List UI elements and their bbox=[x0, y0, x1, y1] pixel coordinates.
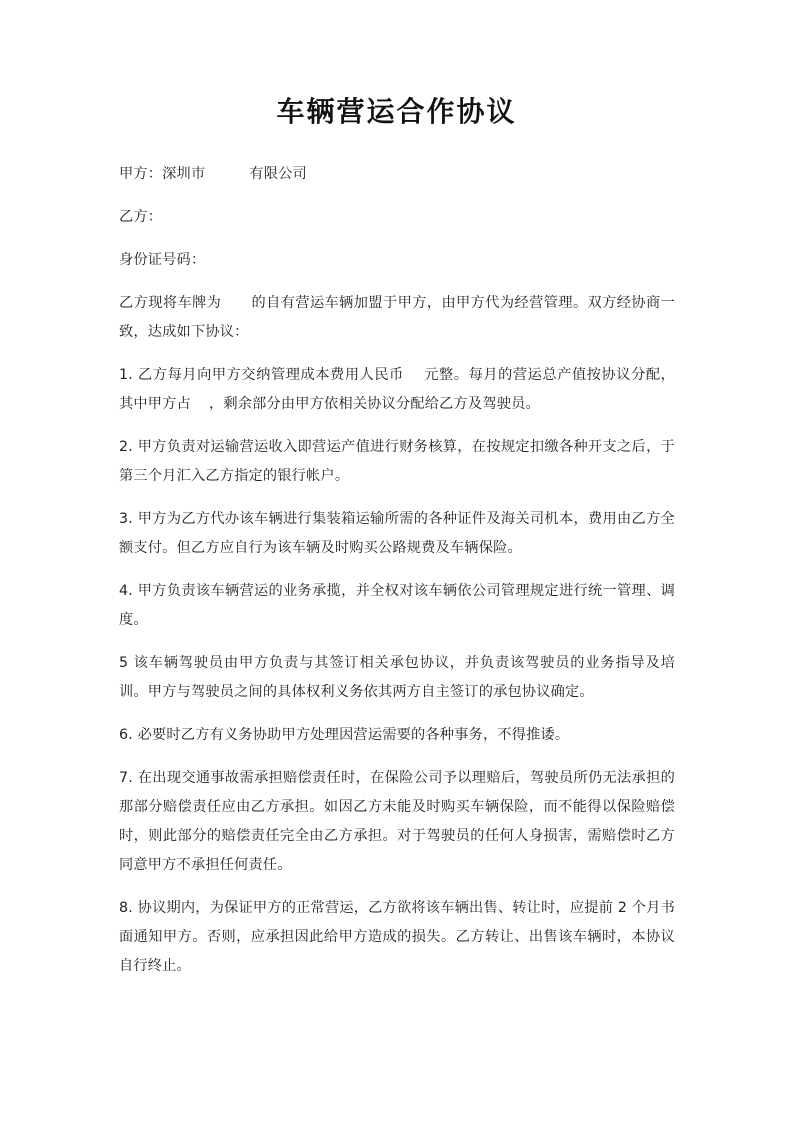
intro-paragraph: 乙方现将车牌为的自有营运车辆加盟于甲方，由甲方代为经营管理。双方经协商一致，达成… bbox=[119, 289, 675, 347]
clause-2: 2. 甲方负责对运输营运收入即营运产值进行财务核算，在按规定扣缴各种开支之后，于… bbox=[119, 433, 675, 491]
party-a-label: 甲方： bbox=[119, 166, 162, 182]
clause-1-text-1: 1. 乙方每月向甲方交纳管理成本费用人民币 bbox=[119, 367, 404, 383]
clause-3: 3. 甲方为乙方代办该车辆进行集装箱运输所需的各种证件及海关司机本，费用由乙方全… bbox=[119, 505, 675, 563]
clause-7: 7. 在出现交通事故需承担赔偿责任时，在保险公司予以理赔后，驾驶员所仍无法承担的… bbox=[119, 764, 675, 880]
clause-5: 5 该车辆驾驶员由甲方负责与其签订相关承包协议，并负责该驾驶员的业务指导及培训。… bbox=[119, 649, 675, 707]
id-number-line: 身份证号码： bbox=[119, 246, 675, 275]
party-a-line: 甲方：深圳市有限公司 bbox=[119, 160, 675, 189]
party-a-suffix: 有限公司 bbox=[249, 166, 307, 182]
intro-text-1: 乙方现将车牌为 bbox=[119, 295, 221, 311]
document-title: 车辆营运合作协议 bbox=[0, 92, 793, 132]
clause-1: 1. 乙方每月向甲方交纳管理成本费用人民币元整。每月的营运总产值按协议分配，其中… bbox=[119, 361, 675, 419]
clause-8: 8. 协议期内，为保证甲方的正常营运，乙方欲将该车辆出售、转让时，应提前 2 个… bbox=[119, 894, 675, 981]
clause-4: 4. 甲方负责该车辆营运的业务承揽，并全权对该车辆依公司管理规定进行统一管理、调… bbox=[119, 577, 675, 635]
party-b-label: 乙方： bbox=[119, 209, 162, 225]
id-number-label: 身份证号码： bbox=[119, 252, 205, 268]
party-b-line: 乙方： bbox=[119, 203, 675, 232]
clause-6: 6. 必要时乙方有义务协助甲方处理因营运需要的各种事务，不得推诿。 bbox=[119, 721, 675, 750]
party-a-city: 深圳市 bbox=[162, 166, 205, 182]
document-page: 车辆营运合作协议 甲方：深圳市有限公司 乙方： 身份证号码： 乙方现将车牌为的自… bbox=[0, 0, 793, 1122]
document-body: 甲方：深圳市有限公司 乙方： 身份证号码： 乙方现将车牌为的自有营运车辆加盟于甲… bbox=[119, 160, 675, 995]
clause-1-text-3: ，剩余部分由甲方依相关协议分配给乙方及驾驶员。 bbox=[209, 396, 540, 412]
